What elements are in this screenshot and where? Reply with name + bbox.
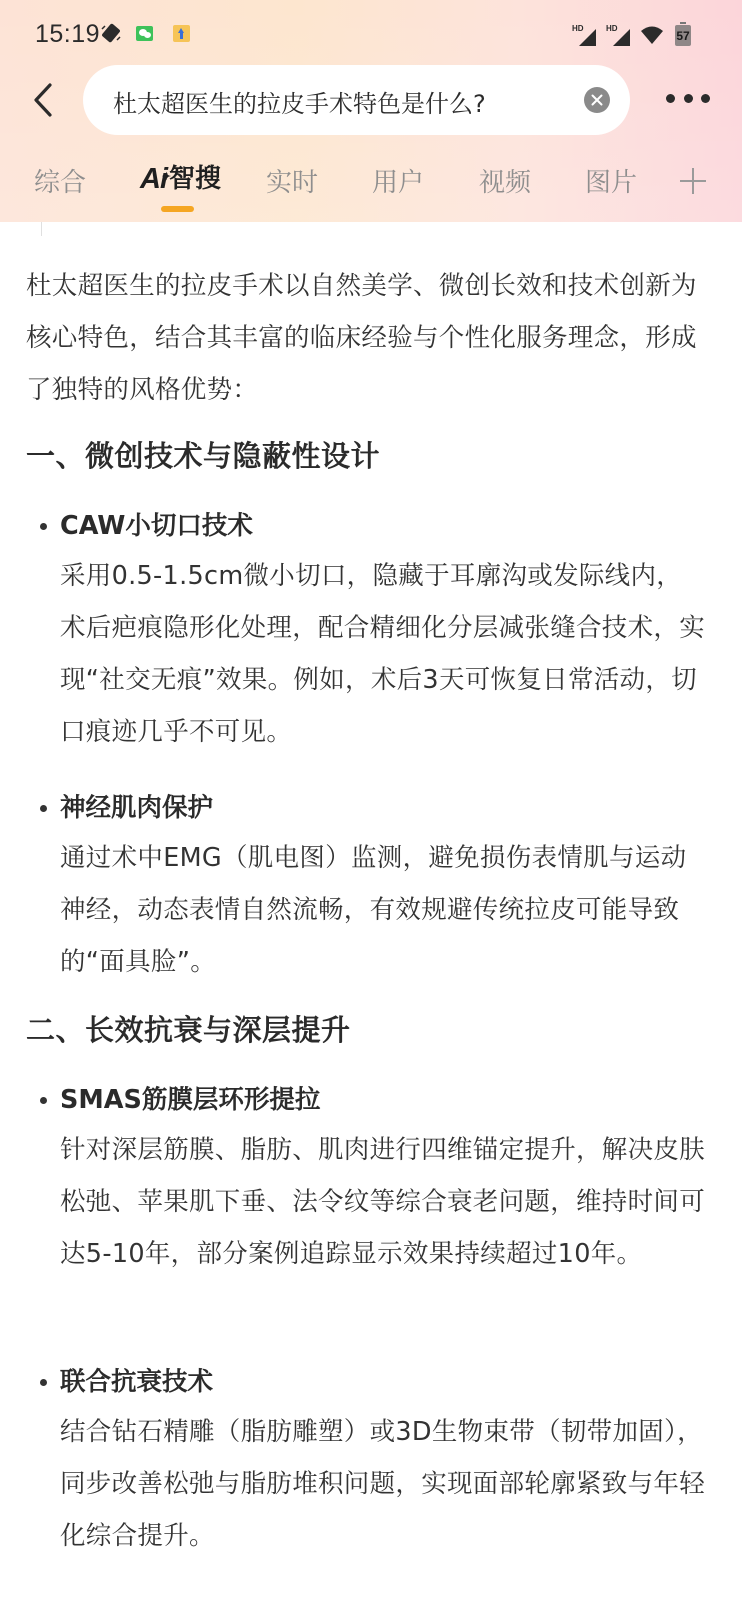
ai-logo-icon: Ai✦ <box>140 162 167 196</box>
bullet-icon <box>40 523 47 530</box>
active-tab-indicator <box>161 206 194 212</box>
battery-icon: 57 <box>674 22 692 46</box>
status-notification-icons <box>100 22 190 44</box>
more-dots-icon <box>701 94 710 103</box>
rotate-icon <box>100 22 122 44</box>
search-input[interactable]: 杜太超医生的拉皮手术特色是什么? <box>83 65 630 135</box>
more-options-button[interactable] <box>666 90 710 106</box>
divider <box>41 222 42 236</box>
status-system-icons: HD HD 57 <box>572 22 692 46</box>
back-button[interactable] <box>28 82 58 118</box>
tab-comprehensive[interactable]: 综合 <box>34 162 86 199</box>
tab-images[interactable]: 图片 <box>585 162 637 199</box>
add-tab-button[interactable] <box>680 168 706 194</box>
list-item-body: 通过术中EMG（肌电图）监测，避免损伤表情肌与运动神经，动态表情自然流畅，有效规… <box>60 832 706 988</box>
list-item-body: 结合钻石精雕（脂肪雕塑）或3D生物束带（韧带加固），同步改善松弛与脂肪堆积问题，… <box>60 1406 706 1562</box>
search-query[interactable]: 杜太超医生的拉皮手术特色是什么? <box>113 84 486 119</box>
tab-ai-search-label: 智搜 <box>169 162 221 196</box>
clear-search-button[interactable] <box>584 87 610 113</box>
status-time: 15:19 <box>35 20 100 49</box>
signal-icon: HD <box>572 24 596 46</box>
list-item-body: 采用0.5-1.5cm微小切口，隐藏于耳廓沟或发际线内，术后疤痕隐形化处理，配合… <box>60 550 706 758</box>
tab-realtime[interactable]: 实时 <box>266 162 318 199</box>
wechat-icon <box>136 26 153 41</box>
tab-videos[interactable]: 视频 <box>479 162 531 199</box>
chevron-left-icon <box>28 82 58 118</box>
section-title: 二、长效抗衰与深层提升 <box>26 1008 351 1049</box>
list-item-title: 联合抗衰技术 <box>60 1362 213 1398</box>
signal-icon: HD <box>606 24 630 46</box>
upload-icon <box>173 25 190 42</box>
bullet-icon <box>40 1097 47 1104</box>
tab-ai-search[interactable]: Ai✦ 智搜 <box>140 162 221 196</box>
list-item-body: 针对深层筋膜、脂肪、肌肉进行四维锚定提升，解决皮肤松弛、苹果肌下垂、法令纹等综合… <box>60 1124 706 1280</box>
list-item-title: SMAS筋膜层环形提拉 <box>60 1080 320 1116</box>
wifi-icon <box>640 24 664 46</box>
clear-icon <box>591 94 603 106</box>
tab-users[interactable]: 用户 <box>372 162 424 199</box>
more-dots-icon <box>684 94 693 103</box>
more-dots-icon <box>666 94 675 103</box>
list-item-title: CAW小切口技术 <box>60 506 253 542</box>
bullet-icon <box>40 805 47 812</box>
status-bar: 15:19 HD HD 57 <box>0 0 742 66</box>
answer-intro: 杜太超医生的拉皮手术以自然美学、微创长效和技术创新为核心特色，结合其丰富的临床经… <box>26 260 716 416</box>
section-title: 一、微创技术与隐蔽性设计 <box>26 434 380 475</box>
bullet-icon <box>40 1379 47 1386</box>
search-tabs: 综合 Ai✦ 智搜 实时 用户 视频 图片 <box>0 160 742 222</box>
battery-level: 57 <box>674 29 692 43</box>
list-item-title: 神经肌肉保护 <box>60 788 213 824</box>
